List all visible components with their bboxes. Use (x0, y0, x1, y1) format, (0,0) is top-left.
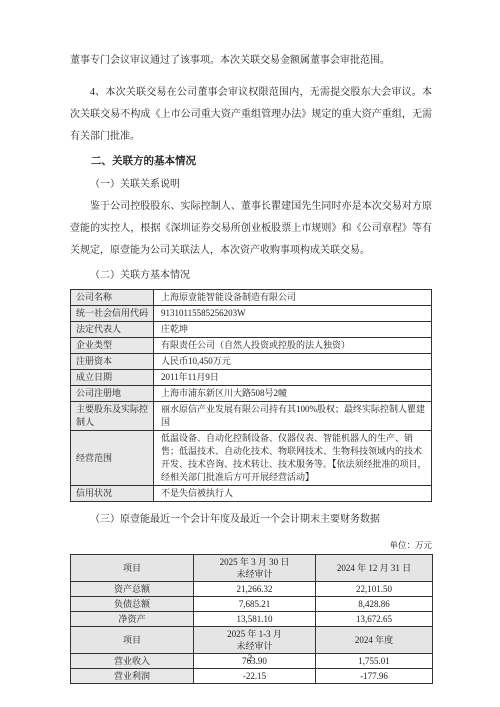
info-label: 公司名称 (71, 290, 154, 306)
info-label: 成立日期 (71, 370, 154, 386)
info-label: 企业类型 (71, 338, 154, 354)
info-value: 上海市浦东新区川大路508号2幢 (154, 386, 432, 402)
info-value: 低温设备、自动化控制设备、仪器仪表、智能机器人的生产、销售；低温技术、自动化技术… (154, 431, 432, 486)
fin-value: 13,581.10 (194, 612, 316, 627)
info-label: 公司注册地 (71, 386, 154, 402)
fin-header-item: 项目 (71, 555, 194, 582)
info-value: 不是失信被执行人 (154, 486, 432, 502)
fin-value: 21,266.32 (194, 582, 316, 597)
info-value: 丽水原信产业发展有限公司持有其100%股权；最终实际控制人瞿建国 (154, 402, 432, 431)
info-label: 统一社会信用代码 (71, 306, 154, 322)
info-label: 法定代表人 (71, 322, 154, 338)
fin-header-period: 2024 年 12 月 31 日 (316, 555, 433, 582)
page-number: 2 (0, 653, 500, 663)
table-row: 净资产 13,581.10 13,672.65 (71, 612, 433, 627)
info-value: 2011年11月9日 (154, 370, 432, 386)
table-row: 注册资本 人民币10,450万元 (71, 354, 432, 370)
table-header-row: 项目 2025 年 3 月 30 日 未经审计 2024 年 12 月 31 日 (71, 555, 433, 582)
fin-row-label: 净资产 (71, 612, 194, 627)
paragraph-relationship: 鉴于公司控股股东、实际控制人、董事长瞿建国先生同时亦是本次交易对方原壹能的实控人… (70, 196, 432, 262)
company-info-table: 公司名称 上海原壹能智能设备制造有限公司 统一社会信用代码 9131011558… (70, 289, 432, 502)
table-row: 公司注册地 上海市浦东新区川大路508号2幢 (71, 386, 432, 402)
fin-value: 8,428.86 (316, 597, 433, 612)
unit-note: 单位：万元 (70, 531, 432, 551)
info-value: 上海原壹能智能设备制造有限公司 (154, 290, 432, 306)
paragraph-continuation: 董事专门会议审议通过了该事项。本次关联交易金额属董事会审批范围。 (70, 50, 432, 72)
info-value: 91310115585256203W (154, 306, 432, 322)
fin-row-label: 资产总额 (71, 582, 194, 597)
table-row: 主要股东及实际控制人 丽水原信产业发展有限公司持有其100%股权；最终实际控制人… (71, 402, 432, 431)
table-row: 企业类型 有限责任公司（自然人投资或控股的法人独资） (71, 338, 432, 354)
fin-header-period: 2025 年 3 月 30 日 未经审计 (194, 555, 316, 582)
paragraph-item4: 4、本次关联交易在公司董事会审议权限范围内，无需提交股东大会审议。本次关联交易不… (70, 82, 432, 148)
page-content: 董事专门会议审议通过了该事项。本次关联交易金额属董事会审批范围。 4、本次关联交… (0, 0, 500, 684)
fin-value: -22.15 (194, 669, 316, 684)
table-row: 经营范围 低温设备、自动化控制设备、仪器仪表、智能机器人的生产、销售；低温技术、… (71, 431, 432, 486)
info-value: 有限责任公司（自然人投资或控股的法人独资） (154, 338, 432, 354)
subsection-title-relationship: （一）关联关系说明 (70, 174, 432, 196)
subsection-title-company-profile: （二）关联方基本情况 (70, 265, 432, 287)
table-row: 统一社会信用代码 91310115585256203W (71, 306, 432, 322)
fin-header-item: 项目 (71, 627, 194, 654)
table-row: 资产总额 21,266.32 22,101.50 (71, 582, 433, 597)
fin-row-label: 负债总额 (71, 597, 194, 612)
table-row: 负债总额 7,685.21 8,428.86 (71, 597, 433, 612)
fin-value: 7,685.21 (194, 597, 316, 612)
fin-value: -177.96 (316, 669, 433, 684)
table-header-row: 项目 2025 年 1-3 月 未经审计 2024 年度 (71, 627, 433, 654)
info-value: 庄乾坤 (154, 322, 432, 338)
document-page: 董事专门会议审议通过了该事项。本次关联交易金额属董事会审批范围。 4、本次关联交… (0, 0, 500, 707)
info-label: 注册资本 (71, 354, 154, 370)
fin-row-label: 营业利润 (71, 669, 194, 684)
table-row: 信用状况 不是失信被执行人 (71, 486, 432, 502)
section-title-related-party-basic-info: 二、关联方的基本情况 (70, 151, 432, 173)
table-row: 公司名称 上海原壹能智能设备制造有限公司 (71, 290, 432, 306)
info-label: 经营范围 (71, 431, 154, 486)
financial-data-table: 项目 2025 年 3 月 30 日 未经审计 2024 年 12 月 31 日… (70, 554, 433, 684)
table-row: 成立日期 2011年11月9日 (71, 370, 432, 386)
subsection-title-financial-data: （三）原壹能最近一个会计年度及最近一个会计期末主要财务数据 (70, 509, 432, 531)
info-label: 信用状况 (71, 486, 154, 502)
fin-header-period: 2025 年 1-3 月 未经审计 (194, 627, 316, 654)
fin-value: 13,672.65 (316, 612, 433, 627)
fin-header-period: 2024 年度 (316, 627, 433, 654)
fin-value: 22,101.50 (316, 582, 433, 597)
info-value: 人民币10,450万元 (154, 354, 432, 370)
table-row: 法定代表人 庄乾坤 (71, 322, 432, 338)
table-row: 营业利润 -22.15 -177.96 (71, 669, 433, 684)
info-label: 主要股东及实际控制人 (71, 402, 154, 431)
